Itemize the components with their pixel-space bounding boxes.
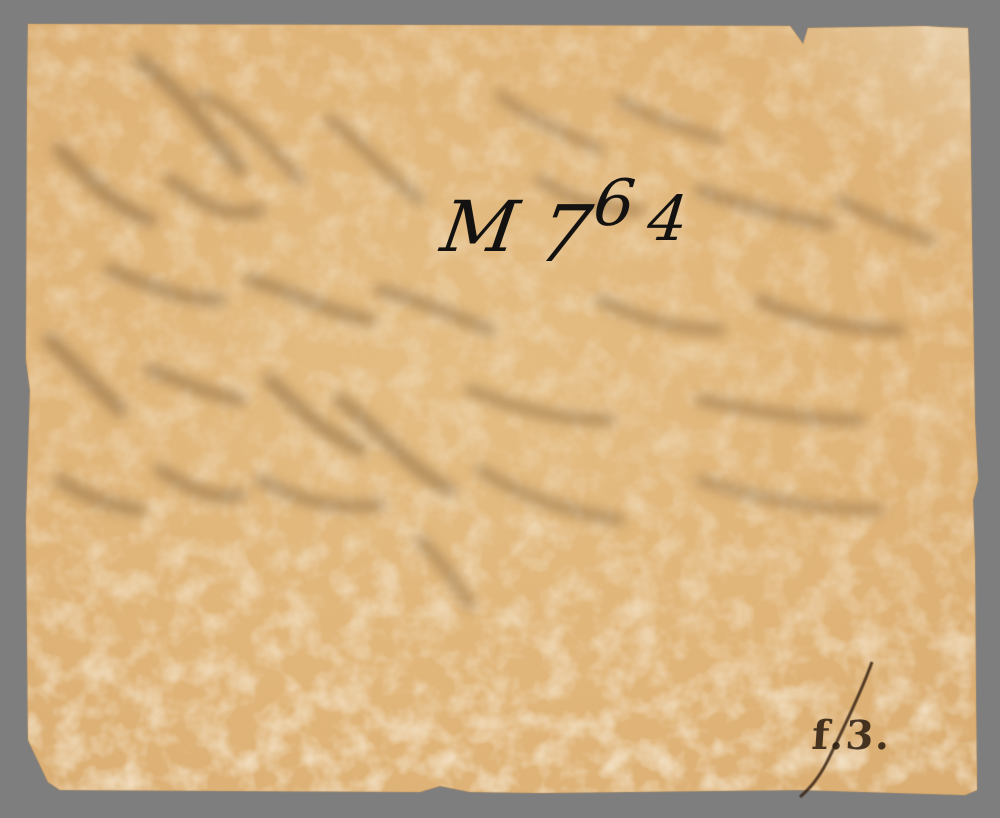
paper-sheet (0, 0, 1000, 818)
document-viewer: M 7 6 4 f.3. (0, 0, 1000, 818)
